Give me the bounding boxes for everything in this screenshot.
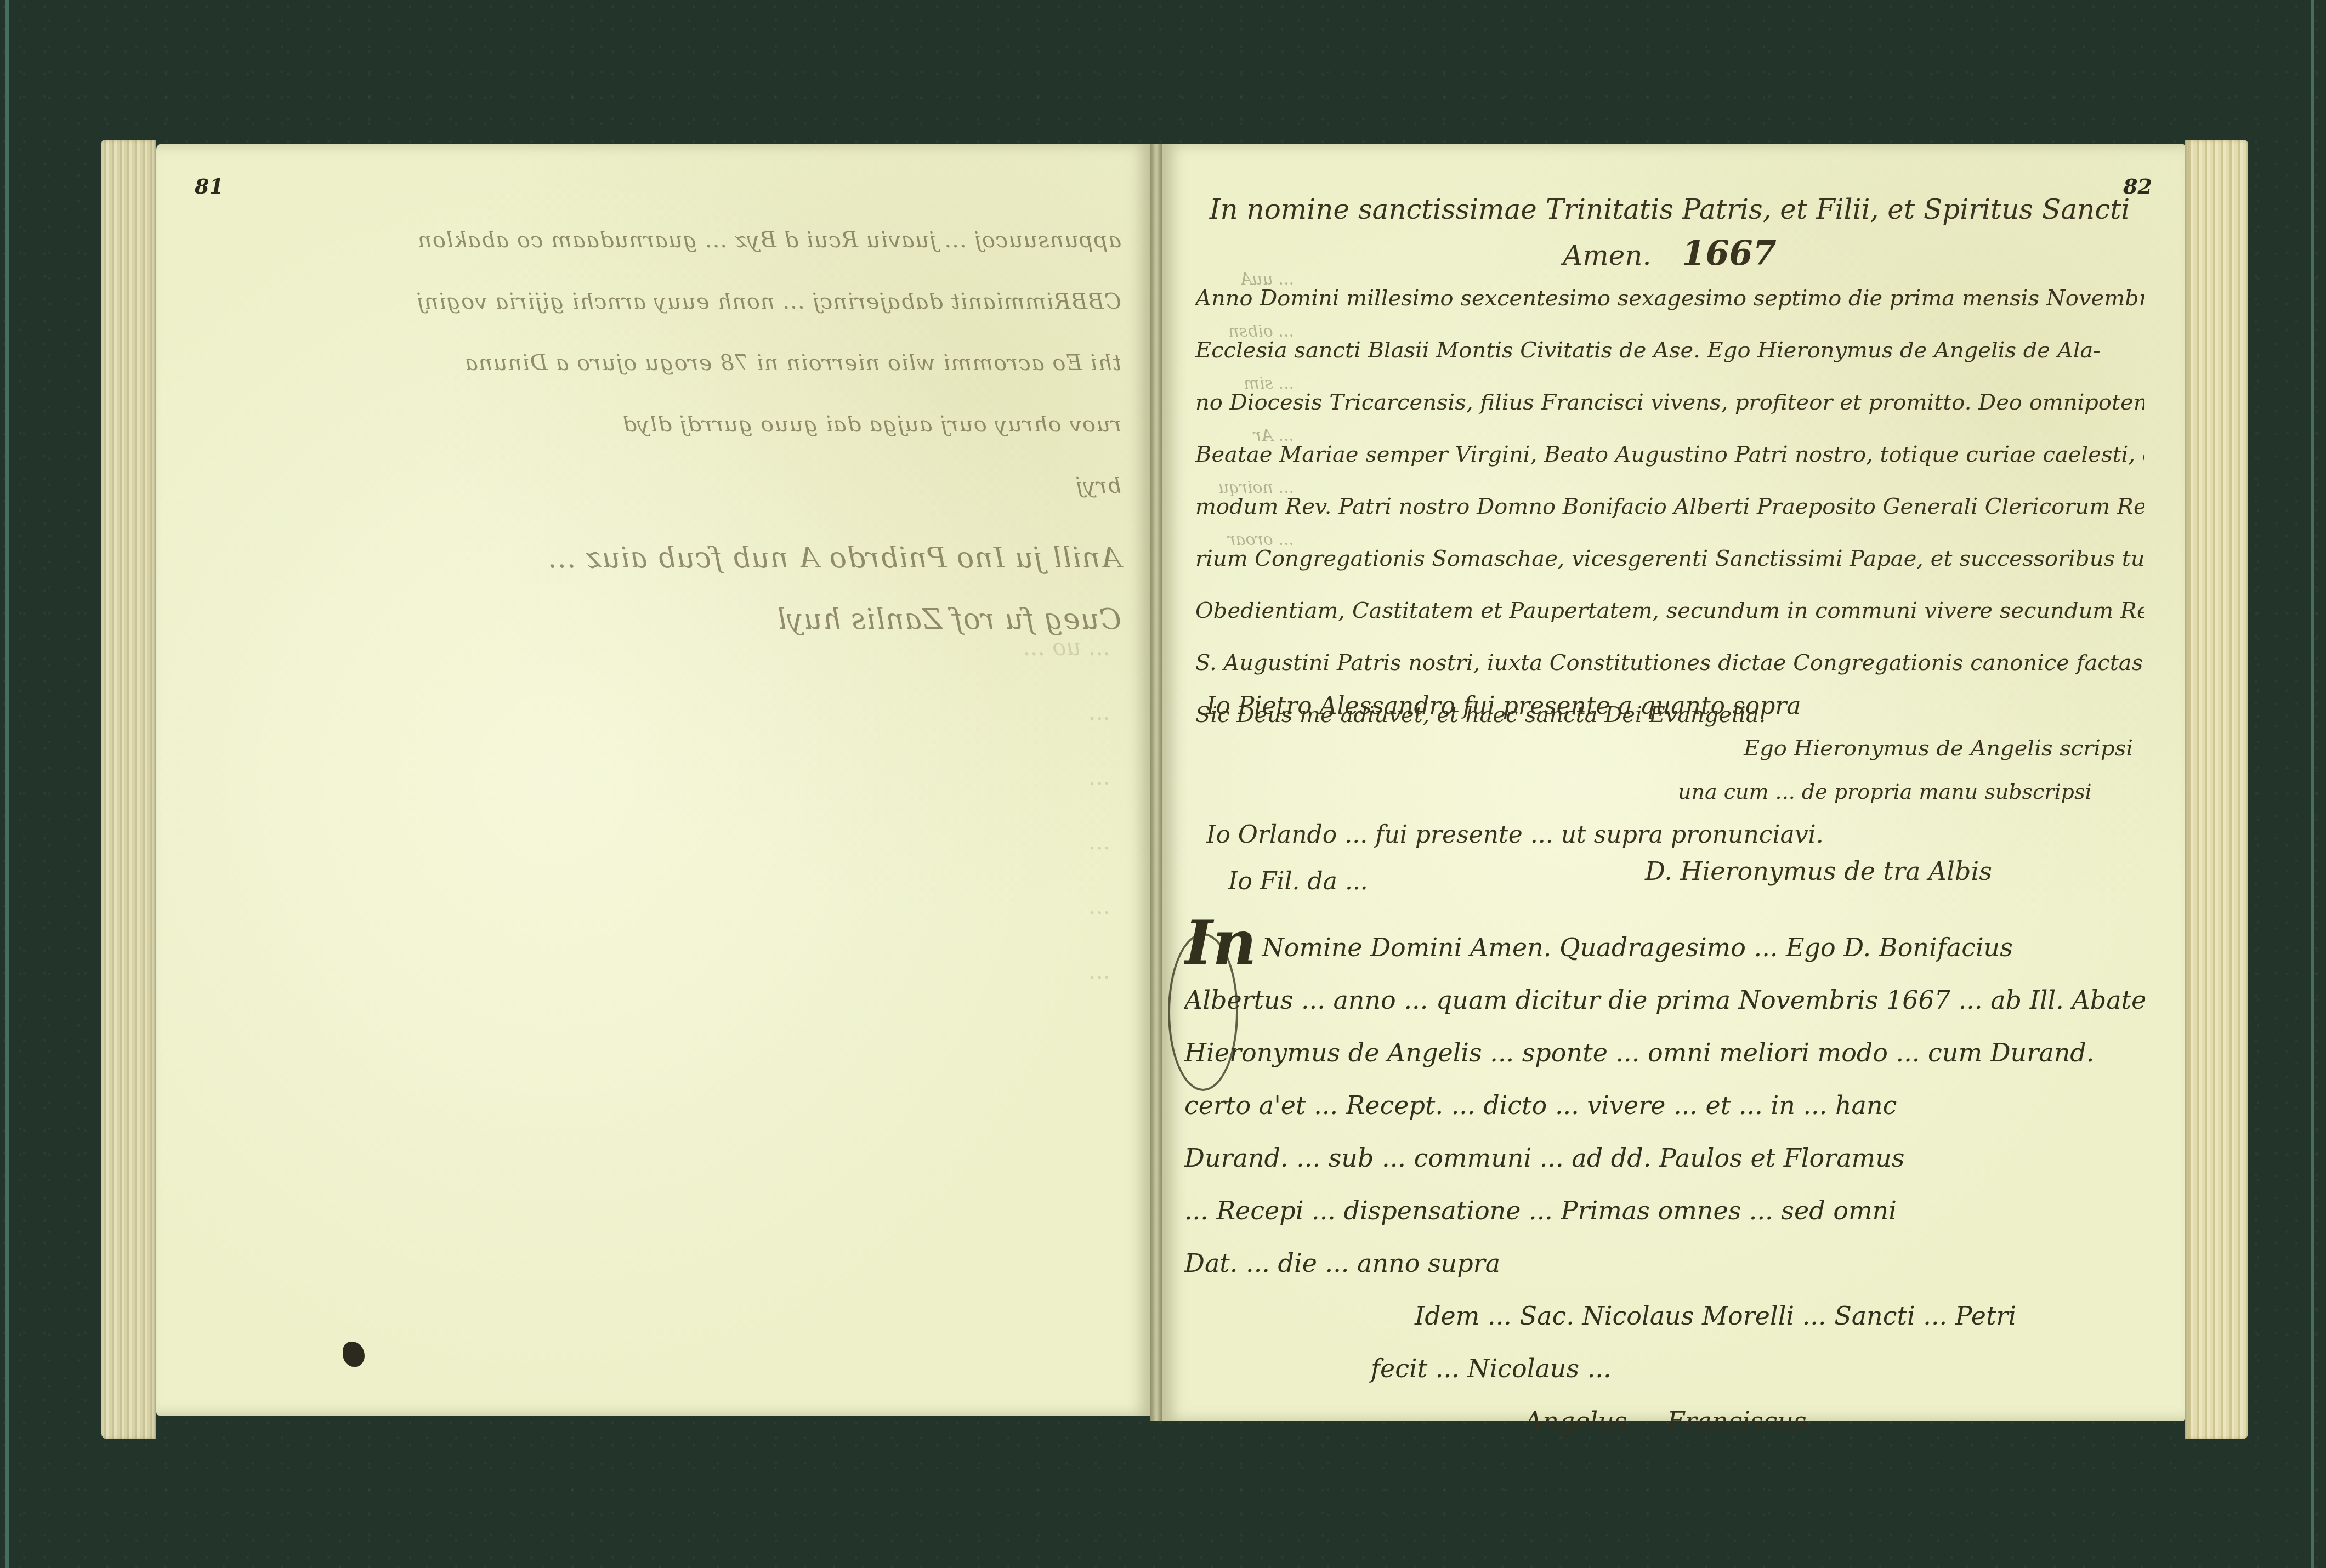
faint-line: ... uo ...	[178, 615, 1110, 680]
deed-line: Albertus ... anno ... quam dicitur die p…	[1184, 974, 2149, 1026]
bleed-line: Anill ju Ino Pnibrdo A nub fcub aiuz ...	[189, 527, 1121, 589]
signature-hieronymus-scripsi: Ego Hieronymus de Angelis scripsi	[1744, 736, 2133, 761]
signature-subscripsi: una cum ... de propria manu subscripsi	[1678, 780, 2092, 804]
left-fore-edge	[101, 140, 156, 1439]
bleed-line: bryj	[189, 455, 1121, 516]
deed-line: Nomine Domini Amen. Quadragesimo ... Ego…	[1262, 933, 2012, 962]
faint-line: ...	[178, 680, 1110, 745]
deed-line: Durand. ... sub ... communi ... ad dd. P…	[1184, 1132, 2149, 1184]
left-page: 81 appunsuucoj ... juaviu Rcui d Byz ...…	[156, 144, 1151, 1416]
left-folio-number: 81	[195, 174, 224, 198]
deed-line: ... Recepi ... dispensatione ... Primas …	[1184, 1184, 2149, 1237]
open-manuscript-book: 81 appunsuucoj ... juaviu Rcui d Byz ...…	[0, 0, 2326, 1568]
signature-witness-2: Io Orlando ... fui presente ... ut supra…	[1206, 821, 1824, 849]
deed-line: certo a'et ... Recept. ... dicto ... viv…	[1184, 1079, 2149, 1132]
signatures-block: Io Pietro Alessandro fui presente a quan…	[1195, 144, 2144, 911]
deed-closing-line: fecit ... Nicolaus ...	[1184, 1342, 2149, 1395]
right-fore-edge	[2185, 140, 2248, 1439]
deed-line: Dat. ... die ... anno supra	[1184, 1237, 2149, 1289]
bleed-line: appunsuucoj ... juaviu Rcui d Byz ... gu…	[189, 209, 1121, 271]
deed-closing-line: Angelus ... Franciscus ...	[1184, 1395, 2149, 1447]
signature-witness-3: Io Fil. da ...	[1228, 867, 1368, 895]
right-page: 82 ... uuA... oibsn... sim... Ar... noir…	[1162, 144, 2185, 1421]
book-gutter	[1150, 144, 1164, 1421]
notarial-deed-text: InNomine Domini Amen. Quadragesimo ... E…	[1184, 917, 2149, 1447]
left-page-faint-bleed-text: ... uo ... ... ... ... ... ...	[178, 615, 1110, 1003]
faint-line: ...	[178, 874, 1110, 939]
faint-line: ...	[178, 745, 1110, 809]
left-page-bleed-through-text: appunsuucoj ... juaviu Rcui d Byz ... gu…	[189, 209, 1121, 650]
deed-closing-line: Idem ... Sac. Nicolaus Morelli ... Sanct…	[1184, 1289, 2149, 1342]
faint-line: ...	[178, 939, 1110, 1003]
deed-initial: In	[1184, 917, 1256, 974]
signature-hieronymus-albis: D. Hieronymus de tra Albis	[1645, 856, 1992, 886]
deed-first-line: InNomine Domini Amen. Quadragesimo ... E…	[1184, 917, 2149, 974]
faint-line: ...	[178, 809, 1110, 874]
ink-blot-mark	[343, 1342, 365, 1367]
bleed-line: CBBRimmianit dabajerincj ... nonh euuy a…	[189, 271, 1121, 332]
bleed-line: ruov ohruy ourj aujga dai guuo gurrdj dl…	[189, 394, 1121, 455]
deed-line: Hieronymus de Angelis ... sponte ... omn…	[1184, 1026, 2149, 1079]
signature-witness-1: Io Pietro Alessandro fui presente a quan…	[1206, 692, 1801, 720]
bleed-line: thi Eo acrommi wlio nierroin ni 78 erogu…	[189, 332, 1121, 394]
